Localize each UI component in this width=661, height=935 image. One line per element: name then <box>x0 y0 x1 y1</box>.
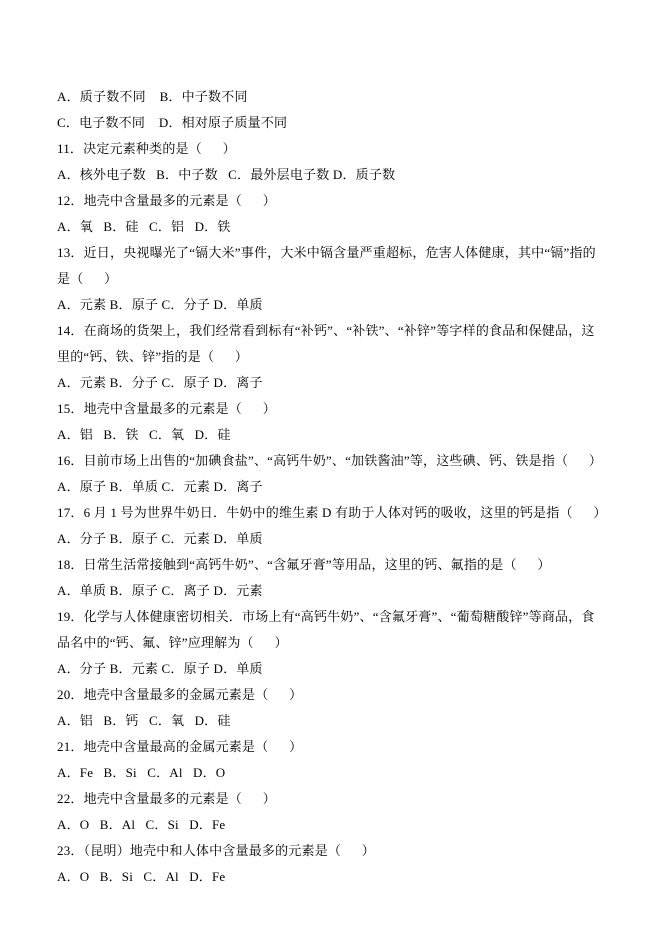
question-14-options: A．元素 B．分子 C．原子 D．离子 <box>57 370 604 396</box>
question-19-options: A．分子 B．元素 C．原子 D．单质 <box>57 656 604 682</box>
question-14-stem: 14．在商场的货架上，我们经常看到标有“补钙”、“补铁”、“补锌”等字样的食品和… <box>57 318 604 370</box>
question-12-options: A．氧 B．硅 C．铝 D．铁 <box>57 214 604 240</box>
question-23-options: A．O B．Si C．Al D．Fe <box>57 864 604 890</box>
question-22-options: A．O B．Al C．Si D．Fe <box>57 812 604 838</box>
question-18-stem: 18．日常生活常接触到“高钙牛奶”、“含氟牙膏”等用品，这里的钙、氟指的是（ ） <box>57 552 604 578</box>
question-17-stem: 17．6 月 1 号为世界牛奶日．牛奶中的维生素 D 有助于人体对钙的吸收，这里… <box>57 500 604 526</box>
exam-question-list: A．质子数不同 B．中子数不同 C．电子数不同 D．相对原子质量不同 11．决定… <box>57 84 604 890</box>
question-20-options: A．铝 B．钙 C．氧 D．硅 <box>57 708 604 734</box>
question-22-stem: 22．地壳中含量最多的元素是（ ） <box>57 786 604 812</box>
question-19-stem: 19．化学与人体健康密切相关．市场上有“高钙牛奶”、“含氟牙膏”、“葡萄糖酸锌”… <box>57 604 604 656</box>
question-20-stem: 20．地壳中含量最多的金属元素是（ ） <box>57 682 604 708</box>
carryover-option-line: A．质子数不同 B．中子数不同 <box>57 84 604 110</box>
question-15-stem: 15．地壳中含量最多的元素是（ ） <box>57 396 604 422</box>
question-13-stem: 13．近日，央视曝光了“镉大米”事件，大米中镉含量严重超标，危害人体健康，其中“… <box>57 240 604 292</box>
question-15-options: A．铝 B．铁 C．氧 D．硅 <box>57 422 604 448</box>
question-13-options: A．元素 B．原子 C．分子 D．单质 <box>57 292 604 318</box>
question-21-options: A．Fe B．Si C．Al D．O <box>57 760 604 786</box>
exam-document-page: A．质子数不同 B．中子数不同 C．电子数不同 D．相对原子质量不同 11．决定… <box>0 0 661 935</box>
question-21-stem: 21．地壳中含量最高的金属元素是（ ） <box>57 734 604 760</box>
question-11-stem: 11．决定元素种类的是（ ） <box>57 136 604 162</box>
question-16-options: A．原子 B．单质 C．元素 D．离子 <box>57 474 604 500</box>
question-16-stem: 16．目前市场上出售的“加碘食盐”、“高钙牛奶”、“加铁酱油”等，这些碘、钙、铁… <box>57 448 604 474</box>
question-12-stem: 12．地壳中含量最多的元素是（ ） <box>57 188 604 214</box>
carryover-option-line: C．电子数不同 D．相对原子质量不同 <box>57 110 604 136</box>
question-18-options: A．单质 B．原子 C．离子 D．元素 <box>57 578 604 604</box>
question-11-options: A．核外电子数 B．中子数 C．最外层电子数 D．质子数 <box>57 162 604 188</box>
question-23-stem: 23．（昆明）地壳中和人体中含量最多的元素是（ ） <box>57 838 604 864</box>
question-17-options: A．分子 B．原子 C．元素 D．单质 <box>57 526 604 552</box>
